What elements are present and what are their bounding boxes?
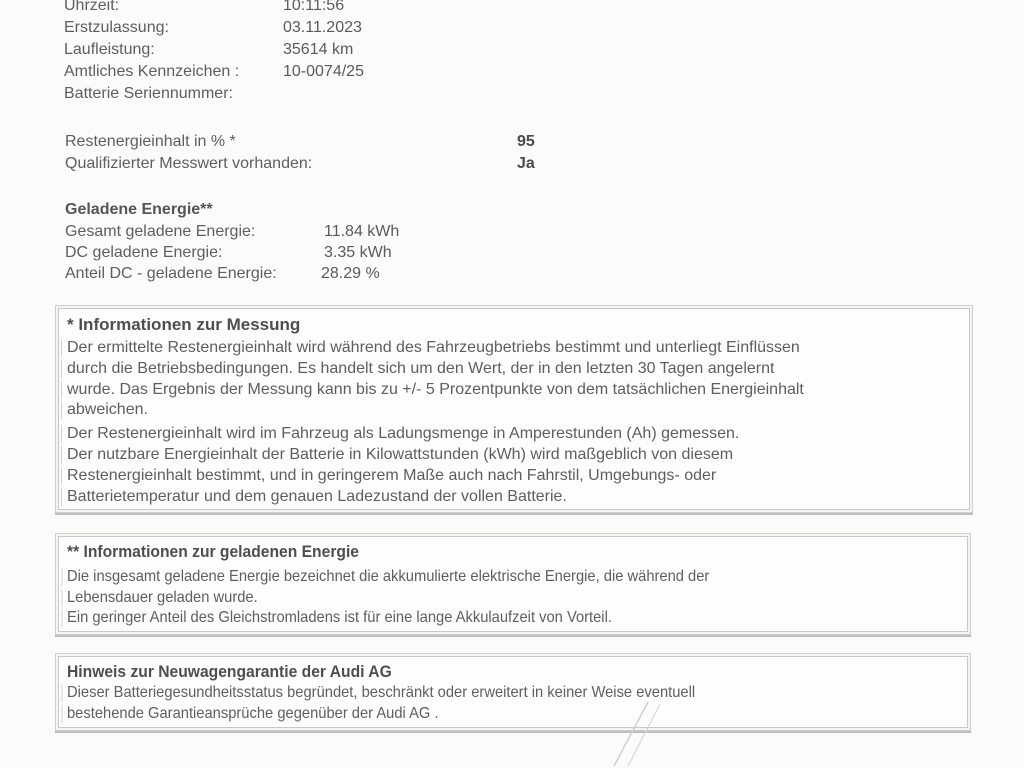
- qualified-measurement-label: Qualifizierter Messwert vorhanden:: [65, 155, 312, 173]
- measurement-info-line: Der Restenergieinhalt wird im Fahrzeug a…: [67, 424, 739, 443]
- time-label: Uhrzeit:: [64, 0, 119, 15]
- dc-energy-value: 3.35 kWh: [324, 244, 392, 262]
- battery-serial-label: Batterie Seriennummer:: [64, 84, 233, 103]
- qualified-measurement-value: Ja: [517, 155, 535, 173]
- mileage-value: 35614 km: [283, 40, 353, 59]
- first-registration-label: Erstzulassung:: [64, 18, 169, 37]
- dc-energy-label: DC geladene Energie:: [65, 244, 222, 262]
- measurement-info-box: * Informationen zur Messung Der ermittel…: [58, 308, 970, 510]
- dc-share-value: 28.29 %: [321, 265, 380, 283]
- license-plate-value: 10-0074/25: [283, 62, 364, 81]
- measurement-info-line: Der ermittelte Restenergieinhalt wird wä…: [67, 338, 800, 357]
- total-energy-label: Gesamt geladene Energie:: [65, 223, 255, 241]
- time-value: 10:11:56: [283, 0, 344, 15]
- charged-energy-info-title: ** Informationen zur geladenen Energie: [67, 542, 359, 562]
- warranty-notice-line: bestehende Garantieansprüche gegenüber d…: [67, 704, 439, 723]
- measurement-info-title: * Informationen zur Messung: [67, 315, 300, 335]
- charged-energy-info-box: ** Informationen zur geladenen Energie D…: [58, 536, 968, 632]
- dc-share-label: Anteil DC - geladene Energie:: [65, 265, 277, 283]
- charged-energy-info-line: Lebensdauer geladen wurde.: [67, 588, 258, 607]
- residual-energy-value: 95: [517, 133, 535, 151]
- total-energy-value: 11.84 kWh: [324, 223, 399, 241]
- warranty-notice-box: Hinweis zur Neuwagengarantie der Audi AG…: [58, 656, 968, 728]
- license-plate-label: Amtliches Kennzeichen :: [64, 62, 239, 81]
- measurement-info-line: Der nutzbare Energieinhalt der Batterie …: [67, 445, 733, 464]
- mileage-label: Laufleistung:: [64, 40, 155, 59]
- warranty-notice-title: Hinweis zur Neuwagengarantie der Audi AG: [67, 662, 392, 682]
- first-registration-value: 03.11.2023: [283, 18, 362, 37]
- measurement-info-line: Batterietemperatur und dem genauen Ladez…: [67, 487, 567, 506]
- measurement-info-line: Restenergieinhalt bestimmt, und in gerin…: [67, 466, 716, 485]
- measurement-info-line: abweichen.: [67, 400, 148, 419]
- charged-energy-info-line: Ein geringer Anteil des Gleichstromladen…: [67, 608, 612, 627]
- charged-energy-info-line: Die insgesamt geladene Energie bezeichne…: [67, 567, 709, 586]
- residual-energy-label: Restenergieinhalt in % *: [65, 133, 236, 151]
- charged-energy-title: Geladene Energie**: [65, 201, 213, 219]
- measurement-info-line: durch die Betriebsbedingungen. Es handel…: [67, 359, 774, 378]
- measurement-info-line: wurde. Das Ergebnis der Messung kann bis…: [67, 380, 804, 399]
- signature-stroke: [600, 700, 680, 768]
